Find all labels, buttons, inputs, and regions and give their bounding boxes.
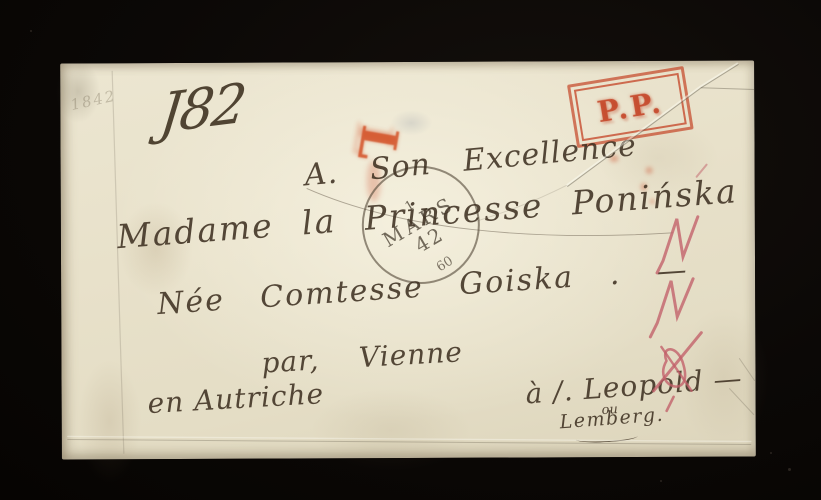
pp-handstamp-text: P.P. <box>595 85 666 129</box>
stain <box>310 388 472 473</box>
dust-speck <box>660 480 662 482</box>
dust-speck <box>30 30 32 32</box>
red-ink-smudge <box>646 167 653 174</box>
address-line-5: en Autriche <box>147 377 325 420</box>
underline-flourish <box>576 431 638 444</box>
manuscript-rate-marking: J82 <box>157 71 248 146</box>
photo-background: { "photo": { "subject": "1842 stampless … <box>0 0 821 500</box>
address-line-4: par, Vienne <box>261 335 464 379</box>
dust-speck <box>788 468 791 471</box>
pencil-date-annotation: 1842 <box>69 87 118 114</box>
stain <box>77 359 142 483</box>
dust-speck <box>770 452 772 454</box>
destination-alt-name: Lemberg. <box>559 404 665 434</box>
destination-line: à /. Leopold — <box>524 361 743 410</box>
envelope: 1842 J82 P.P. L 1 MARS 42 60 A. Son Exce… <box>60 60 756 459</box>
